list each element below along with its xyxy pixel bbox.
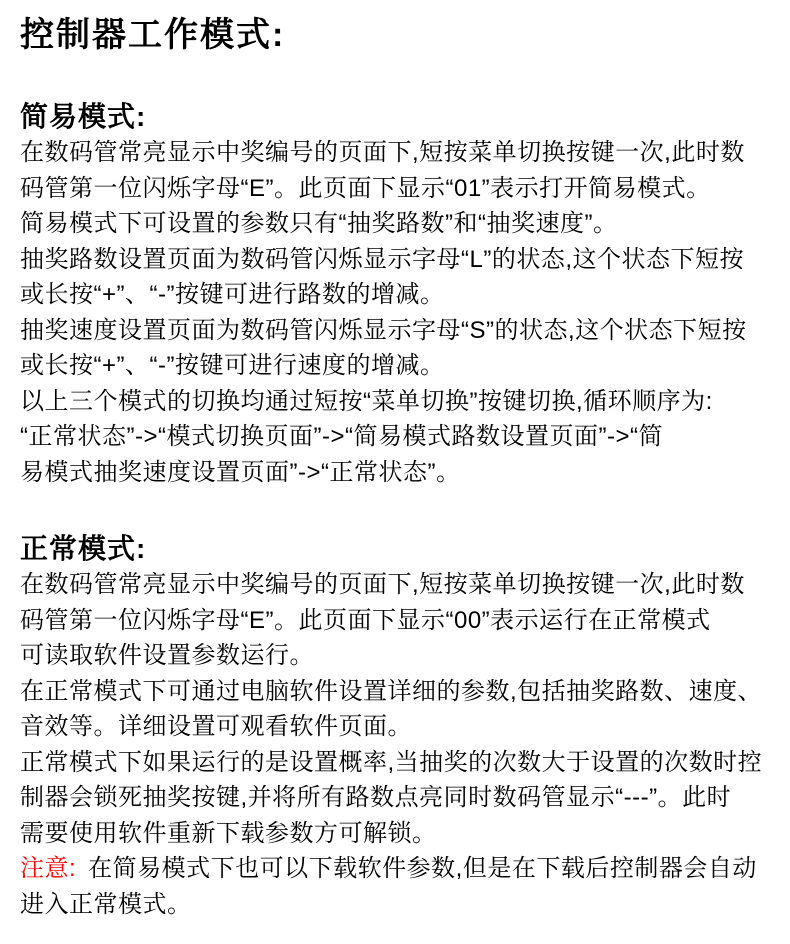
text-line: 以上三个模式的切换均通过短按“菜单切换”按键切换,循环顺序为: [20, 384, 772, 420]
section-heading-normal-mode: 正常模式: [20, 531, 772, 567]
text-line: 制器会锁死抽奖按键,并将所有路数点亮同时数码管显示“---”。此时 [20, 780, 772, 816]
note-label: 注意: [20, 855, 76, 882]
note-line: 注意:在简易模式下也可以下载软件参数,但是在下载后控制器会自动 [20, 851, 772, 887]
text-line: 在正常模式下可通过电脑软件设置详细的参数,包括抽奖路数、速度、 [20, 674, 772, 710]
section-normal-mode: 正常模式: 在数码管常亮显示中奖编号的页面下,短按菜单切换按键一次,此时数 码管… [20, 531, 772, 922]
page-title: 控制器工作模式: [20, 14, 772, 56]
section-simple-mode: 简易模式: 在数码管常亮显示中奖编号的页面下,短按菜单切换按键一次,此时数 码管… [20, 99, 772, 490]
text-line: 或长按“+”、“-”按键可进行路数的增减。 [20, 277, 772, 313]
text-line: 抽奖速度设置页面为数码管闪烁显示字母“S”的状态,这个状态下短按 [20, 313, 772, 349]
normal-mode-paragraph: 在数码管常亮显示中奖编号的页面下,短按菜单切换按键一次,此时数 码管第一位闪烁字… [20, 567, 772, 922]
text-line: 或长按“+”、“-”按键可进行速度的增减。 [20, 348, 772, 384]
text-line: 需要使用软件重新下载参数方可解锁。 [20, 816, 772, 852]
text-line: 音效等。详细设置可观看软件页面。 [20, 709, 772, 745]
text-line: 在数码管常亮显示中奖编号的页面下,短按菜单切换按键一次,此时数 [20, 135, 772, 171]
text-line: 码管第一位闪烁字母“E”。此页面下显示“00”表示运行在正常模式 [20, 603, 772, 639]
text-line: 正常模式下如果运行的是设置概率,当抽奖的次数大于设置的次数时控 [20, 745, 772, 781]
text-line: “正常状态”->“模式切换页面”->“简易模式路数设置页面”->“简 [20, 419, 772, 455]
text-line: 易模式抽奖速度设置页面”->“正常状态”。 [20, 455, 772, 491]
note-text: 在简易模式下也可以下载软件参数,但是在下载后控制器会自动 [88, 855, 757, 882]
section-heading-simple-mode: 简易模式: [20, 99, 772, 135]
document-page: 控制器工作模式: 简易模式: 在数码管常亮显示中奖编号的页面下,短按菜单切换按键… [0, 0, 790, 922]
text-line: 在数码管常亮显示中奖编号的页面下,短按菜单切换按键一次,此时数 [20, 567, 772, 603]
text-line: 抽奖路数设置页面为数码管闪烁显示字母“L”的状态,这个状态下短按 [20, 242, 772, 278]
text-line: 简易模式下可设置的参数只有“抽奖路数”和“抽奖速度”。 [20, 206, 772, 242]
text-line: 可读取软件设置参数运行。 [20, 638, 772, 674]
text-line: 进入正常模式。 [20, 887, 772, 923]
text-line: 码管第一位闪烁字母“E”。此页面下显示“01”表示打开简易模式。 [20, 171, 772, 207]
simple-mode-paragraph: 在数码管常亮显示中奖编号的页面下,短按菜单切换按键一次,此时数 码管第一位闪烁字… [20, 135, 772, 490]
